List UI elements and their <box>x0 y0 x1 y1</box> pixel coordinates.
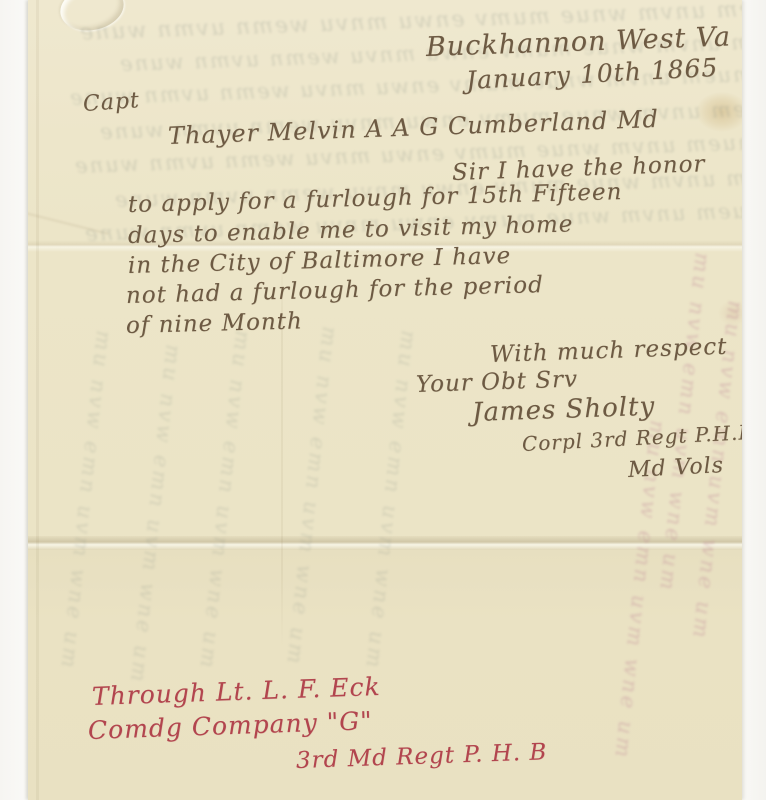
fold-crease-lower <box>28 536 742 550</box>
bleedthrough-column: mu nvw emn uvm wne um <box>298 325 342 516</box>
foxing-stain-small <box>718 300 742 326</box>
endorsement-line: Comdg Company "G" <box>87 706 373 745</box>
scan-background: nu mvnw muem unvm wnue mumv enwu mnvu we… <box>0 0 766 800</box>
letter-paper: nu mvnw muem unvm wnue mumv enwu mnvu we… <box>28 0 742 800</box>
signature: James Sholty <box>471 392 655 428</box>
closing-obedient: Your Obt Srv <box>416 366 579 398</box>
bleedthrough-column: mu nvw emn uvm wne um <box>209 329 255 540</box>
signature-rank: Corpl 3rd Regt P.H.B <box>521 420 742 456</box>
endorsement-line: 3rd Md Regt P. H. B <box>296 739 548 774</box>
signature-unit: Md Vols <box>627 453 724 483</box>
corner-crease <box>28 211 109 235</box>
addressee-line: Thayer Melvin A A G Cumberland Md <box>168 105 660 150</box>
foxing-stain <box>696 92 742 132</box>
body-line: not had a furlough for the period <box>126 272 544 309</box>
bleedthrough-column: mu nvw emn uvm wne um <box>68 329 116 560</box>
embossed-seal <box>56 0 128 36</box>
bleedthrough-column-pink: mu nvw emn uvm wne um <box>661 252 714 533</box>
bleedthrough-column: mu nvw emn uvm wne um <box>379 329 421 501</box>
addressee-rank: Capt <box>82 88 140 117</box>
endorsement-line: Through Lt. L. F. Eck <box>91 672 381 711</box>
left-edge-shadow <box>36 0 39 800</box>
closing-respect: With much respect <box>490 334 728 368</box>
body-line: of nine Month <box>126 308 303 339</box>
bleedthrough-column: mu nvw emn uvm wne um <box>139 343 186 564</box>
